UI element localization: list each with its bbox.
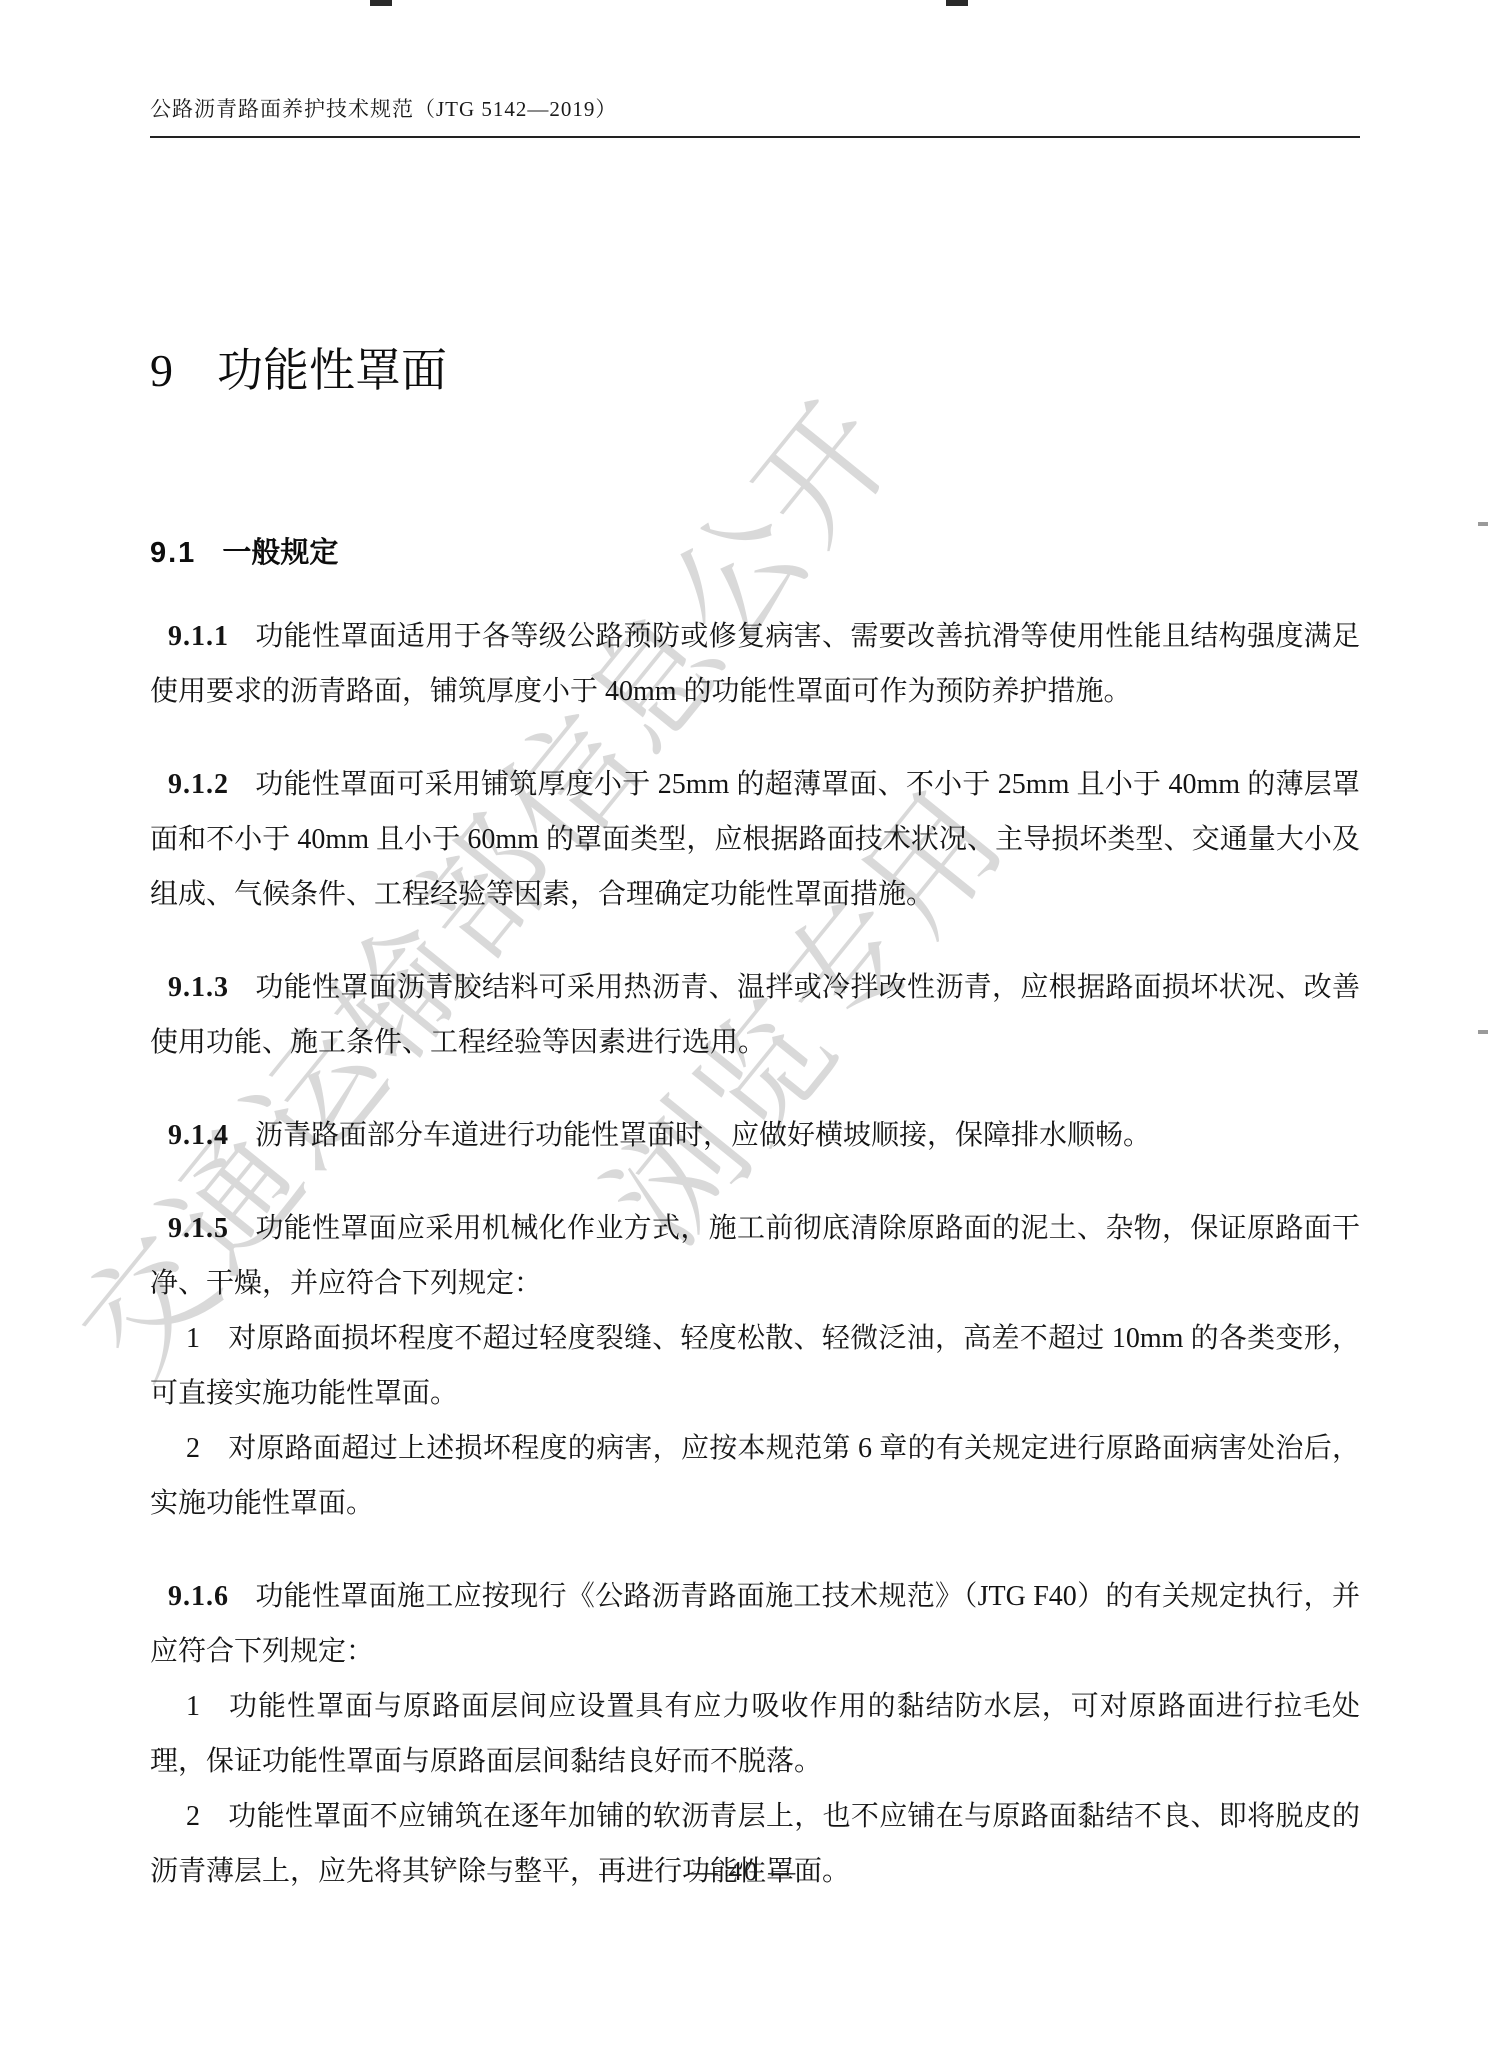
item-number: 2 [186, 1801, 200, 1832]
page-content: 公路沥青路面养护技术规范（JTG 5142—2019） 9功能性罩面 9.1一般… [150, 0, 1360, 1899]
clause-number: 9.1.1 [168, 621, 229, 652]
clause-text: 功能性罩面沥青胶结料可采用热沥青、温拌或冷拌改性沥青，应根据路面损坏状况、改善使… [150, 972, 1360, 1058]
clause-9-1-2: 9.1.2功能性罩面可采用铺筑厚度小于 25mm 的超薄罩面、不小于 25mm … [150, 757, 1360, 922]
header-rule [150, 136, 1360, 138]
section-title-text: 一般规定 [222, 537, 338, 569]
clause-9-1-5-item-1: 1对原路面损坏程度不超过轻度裂缝、轻度松散、轻微泛油，高差不超过 10mm 的各… [150, 1311, 1360, 1421]
section-heading: 9.1一般规定 [150, 530, 1360, 571]
page-number: — 40 — [0, 1856, 1488, 1887]
clause-number: 9.1.2 [168, 769, 229, 800]
item-number: 1 [186, 1691, 200, 1722]
clause-number: 9.1.4 [168, 1120, 229, 1151]
clause-9-1-5: 9.1.5功能性罩面应采用机械化作业方式，施工前彻底清除原路面的泥土、杂物，保证… [150, 1201, 1360, 1311]
running-header-title: 公路沥青路面养护技术规范（JTG 5142—2019） [150, 93, 1360, 123]
clause-number: 9.1.5 [168, 1213, 229, 1244]
clause-list: 9.1.1功能性罩面适用于各等级公路预防或修复病害、需要改善抗滑等使用性能且结构… [150, 609, 1360, 1899]
item-number: 2 [186, 1433, 200, 1464]
document-page: 交通运输部信息公开 浏览专用 公路沥青路面养护技术规范（JTG 5142—201… [0, 0, 1488, 2054]
item-number: 1 [186, 1323, 200, 1354]
clause-text: 功能性罩面应采用机械化作业方式，施工前彻底清除原路面的泥土、杂物，保证原路面干净… [150, 1213, 1360, 1299]
section-number: 9.1 [150, 537, 196, 569]
item-text: 功能性罩面与原路面层间应设置具有应力吸收作用的黏结防水层，可对原路面进行拉毛处理… [150, 1691, 1360, 1777]
item-text: 对原路面超过上述损坏程度的病害，应按本规范第 6 章的有关规定进行原路面病害处治… [150, 1433, 1360, 1519]
clause-text: 沥青路面部分车道进行功能性罩面时，应做好横坡顺接，保障排水顺畅。 [255, 1120, 1151, 1151]
clause-number: 9.1.3 [168, 972, 229, 1003]
clause-text: 功能性罩面可采用铺筑厚度小于 25mm 的超薄罩面、不小于 25mm 且小于 4… [150, 769, 1360, 910]
chapter-number: 9 [150, 345, 173, 396]
clause-number: 9.1.6 [168, 1581, 229, 1612]
chapter-title-text: 功能性罩面 [217, 345, 447, 396]
clause-9-1-5-item-2: 2对原路面超过上述损坏程度的病害，应按本规范第 6 章的有关规定进行原路面病害处… [150, 1421, 1360, 1531]
scan-tick-mark [1478, 1030, 1488, 1034]
clause-9-1-1: 9.1.1功能性罩面适用于各等级公路预防或修复病害、需要改善抗滑等使用性能且结构… [150, 609, 1360, 719]
clause-9-1-6-item-1: 1功能性罩面与原路面层间应设置具有应力吸收作用的黏结防水层，可对原路面进行拉毛处… [150, 1679, 1360, 1789]
clause-9-1-4: 9.1.4沥青路面部分车道进行功能性罩面时，应做好横坡顺接，保障排水顺畅。 [150, 1108, 1360, 1163]
clause-9-1-6: 9.1.6功能性罩面施工应按现行《公路沥青路面施工技术规范》（JTG F40）的… [150, 1569, 1360, 1679]
item-text: 对原路面损坏程度不超过轻度裂缝、轻度松散、轻微泛油，高差不超过 10mm 的各类… [150, 1323, 1360, 1409]
clause-9-1-3: 9.1.3功能性罩面沥青胶结料可采用热沥青、温拌或冷拌改性沥青，应根据路面损坏状… [150, 960, 1360, 1070]
chapter-heading: 9功能性罩面 [150, 343, 1360, 398]
clause-text: 功能性罩面施工应按现行《公路沥青路面施工技术规范》（JTG F40）的有关规定执… [150, 1581, 1360, 1667]
scan-tick-mark [1478, 522, 1488, 526]
clause-text: 功能性罩面适用于各等级公路预防或修复病害、需要改善抗滑等使用性能且结构强度满足使… [150, 621, 1360, 707]
